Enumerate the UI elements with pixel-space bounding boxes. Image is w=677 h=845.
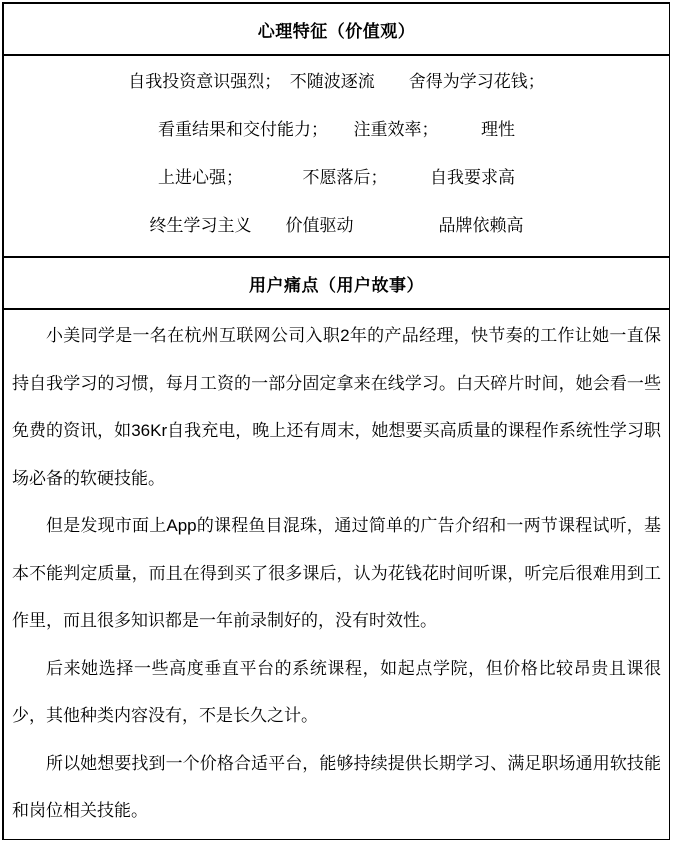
story-paragraph-4: 所以她想要找到一个价格合适平台，能够持续提供长期学习、满足职场通用软技能和岗位相… xyxy=(12,740,661,835)
trait-line-4: 终生学习主义 价值驱动 品牌依赖高 xyxy=(4,202,669,250)
trait-line-1: 自我投资意识强烈； 不随波逐流 舍得为学习花钱； xyxy=(4,58,669,106)
persona-table: 心理特征（价值观） 自我投资意识强烈； 不随波逐流 舍得为学习花钱； 看重结果和… xyxy=(2,2,670,840)
painpoint-story-cell: 小美同学是一名在杭州互联网公司入职2年的产品经理，快节奏的工作让她一直保持自我学… xyxy=(4,310,669,839)
psych-header-title: 心理特征（价值观） xyxy=(258,17,416,42)
trait-line-3: 上进心强； 不愿落后； 自我要求高 xyxy=(4,154,669,202)
painpoint-header-title: 用户痛点（用户故事） xyxy=(249,271,424,296)
psych-header-row: 心理特征（价值观） xyxy=(4,4,669,56)
trait-line-2: 看重结果和交付能力； 注重效率； 理性 xyxy=(4,106,669,154)
story-paragraph-2: 但是发现市面上App的课程鱼目混珠，通过简单的广告介绍和一两节课程试听，基本不能… xyxy=(12,502,661,645)
painpoint-header-row: 用户痛点（用户故事） xyxy=(4,258,669,310)
story-paragraph-3: 后来她选择一些高度垂直平台的系统课程，如起点学院，但价格比较昂贵且课很少，其他种… xyxy=(12,645,661,740)
story-paragraph-1: 小美同学是一名在杭州互联网公司入职2年的产品经理，快节奏的工作让她一直保持自我学… xyxy=(12,312,661,502)
psych-traits-cell: 自我投资意识强烈； 不随波逐流 舍得为学习花钱； 看重结果和交付能力； 注重效率… xyxy=(4,56,669,258)
